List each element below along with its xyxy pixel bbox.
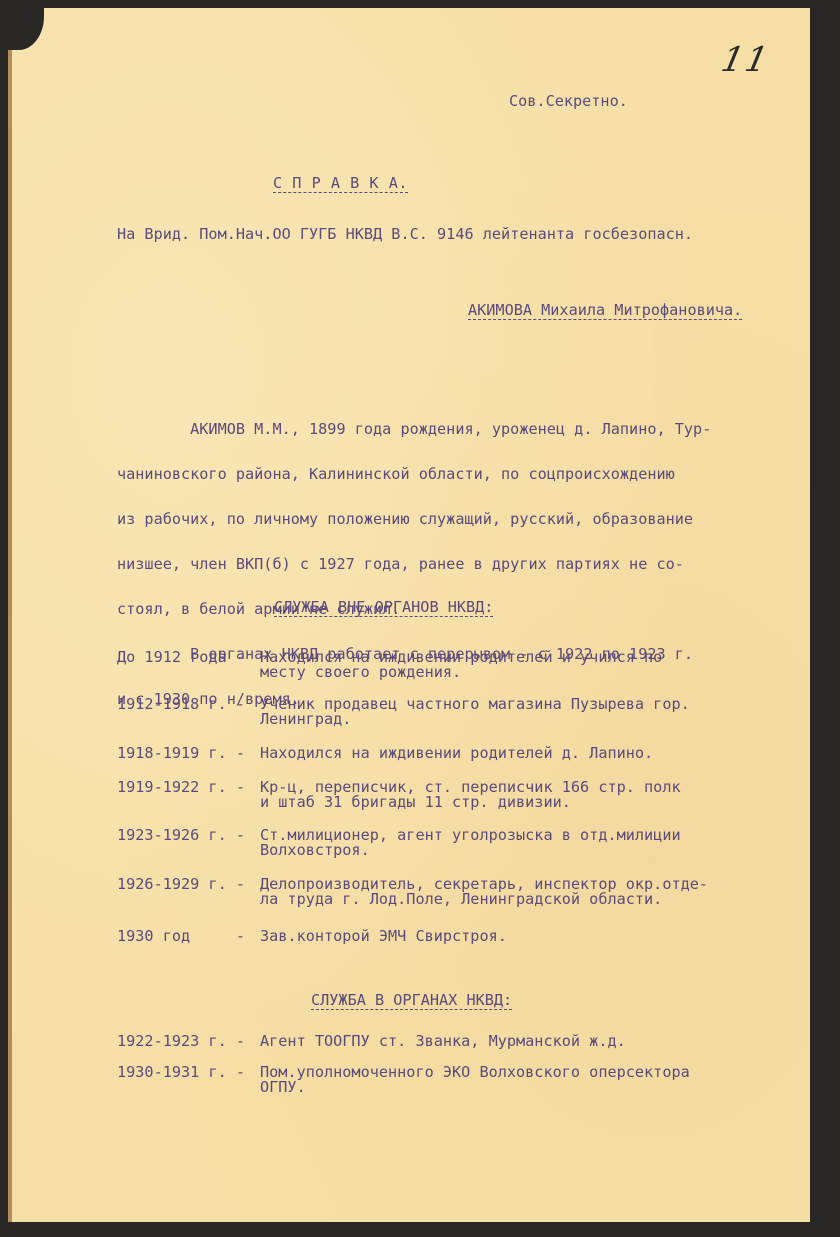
- document-title: С П Р А В К А.: [273, 176, 408, 193]
- entry-description: Ученик продавец частного магазина Пузыре…: [260, 697, 690, 727]
- entry-period: 1926-1929 г. -: [117, 877, 245, 892]
- classification-stamp: Сов.Секретно.: [509, 94, 628, 109]
- entry-description: Зав.конторой ЭМЧ Свирстроя.: [260, 929, 507, 944]
- entry-description: Находился на иждивении родителей и училс…: [260, 650, 662, 680]
- torn-corner: [8, 8, 44, 50]
- addressee-line: На Врид. Пом.Нач.ОО ГУГБ НКВД В.С. 9146 …: [117, 227, 693, 242]
- bio-line: низшее, член ВКП(б) с 1927 года, ранее в…: [117, 557, 711, 572]
- entry-description: Агент ТООГПУ ст. Званка, Мурманской ж.д.: [260, 1034, 626, 1049]
- entry-description: Ст.милиционер, агент уголрозыска в отд.м…: [260, 828, 681, 858]
- entry-period: 1919-1922 г. -: [117, 780, 245, 795]
- entry-period: До 1912 года -: [117, 650, 245, 665]
- bio-line: из рабочих, по личному положению служащи…: [117, 512, 711, 527]
- entry-period: 1923-1926 г. -: [117, 828, 245, 843]
- section-heading-inside: СЛУЖБА В ОРГАНАХ НКВД:: [311, 993, 512, 1010]
- biography-paragraph: АКИМОВ М.М., 1899 года рождения, урожене…: [117, 392, 711, 737]
- service-entry: 1930-1931 г. - Пом.уполномоченного ЭКО В…: [117, 1065, 154, 1125]
- entry-period: 1918-1919 г. -: [117, 746, 245, 761]
- entry-period: 1930 год -: [117, 929, 245, 944]
- scanned-page: 11 Сов.Секретно. С П Р А В К А. На Врид.…: [0, 0, 840, 1237]
- entry-period: 1922-1923 г. -: [117, 1034, 245, 1049]
- bio-line: чаниновского района, Калининской области…: [117, 467, 711, 482]
- entry-description: Кр-ц, переписчик, ст. переписчик 166 стр…: [260, 780, 681, 810]
- entry-period: 1930-1931 г. -: [117, 1065, 245, 1080]
- folio-number: 11: [718, 40, 774, 80]
- service-entry: 1930 год - Зав.конторой ЭМЧ Свирстроя.: [117, 929, 154, 989]
- entry-description: Делопроизводитель, секретарь, инспектор …: [260, 877, 708, 907]
- person-name: АКИМОВА Михаила Митрофановича.: [468, 303, 742, 320]
- entry-description: Пом.уполномоченного ЭКО Волховского опер…: [260, 1065, 690, 1095]
- entry-description: Находился на иждивении родителей д. Лапи…: [260, 746, 653, 761]
- section-heading-outside: СЛУЖБА ВНЕ ОРГАНОВ НКВД:: [274, 600, 493, 617]
- bio-line: АКИМОВ М.М., 1899 года рождения, урожене…: [117, 422, 711, 437]
- entry-period: 1912-1918 г. -: [117, 697, 245, 712]
